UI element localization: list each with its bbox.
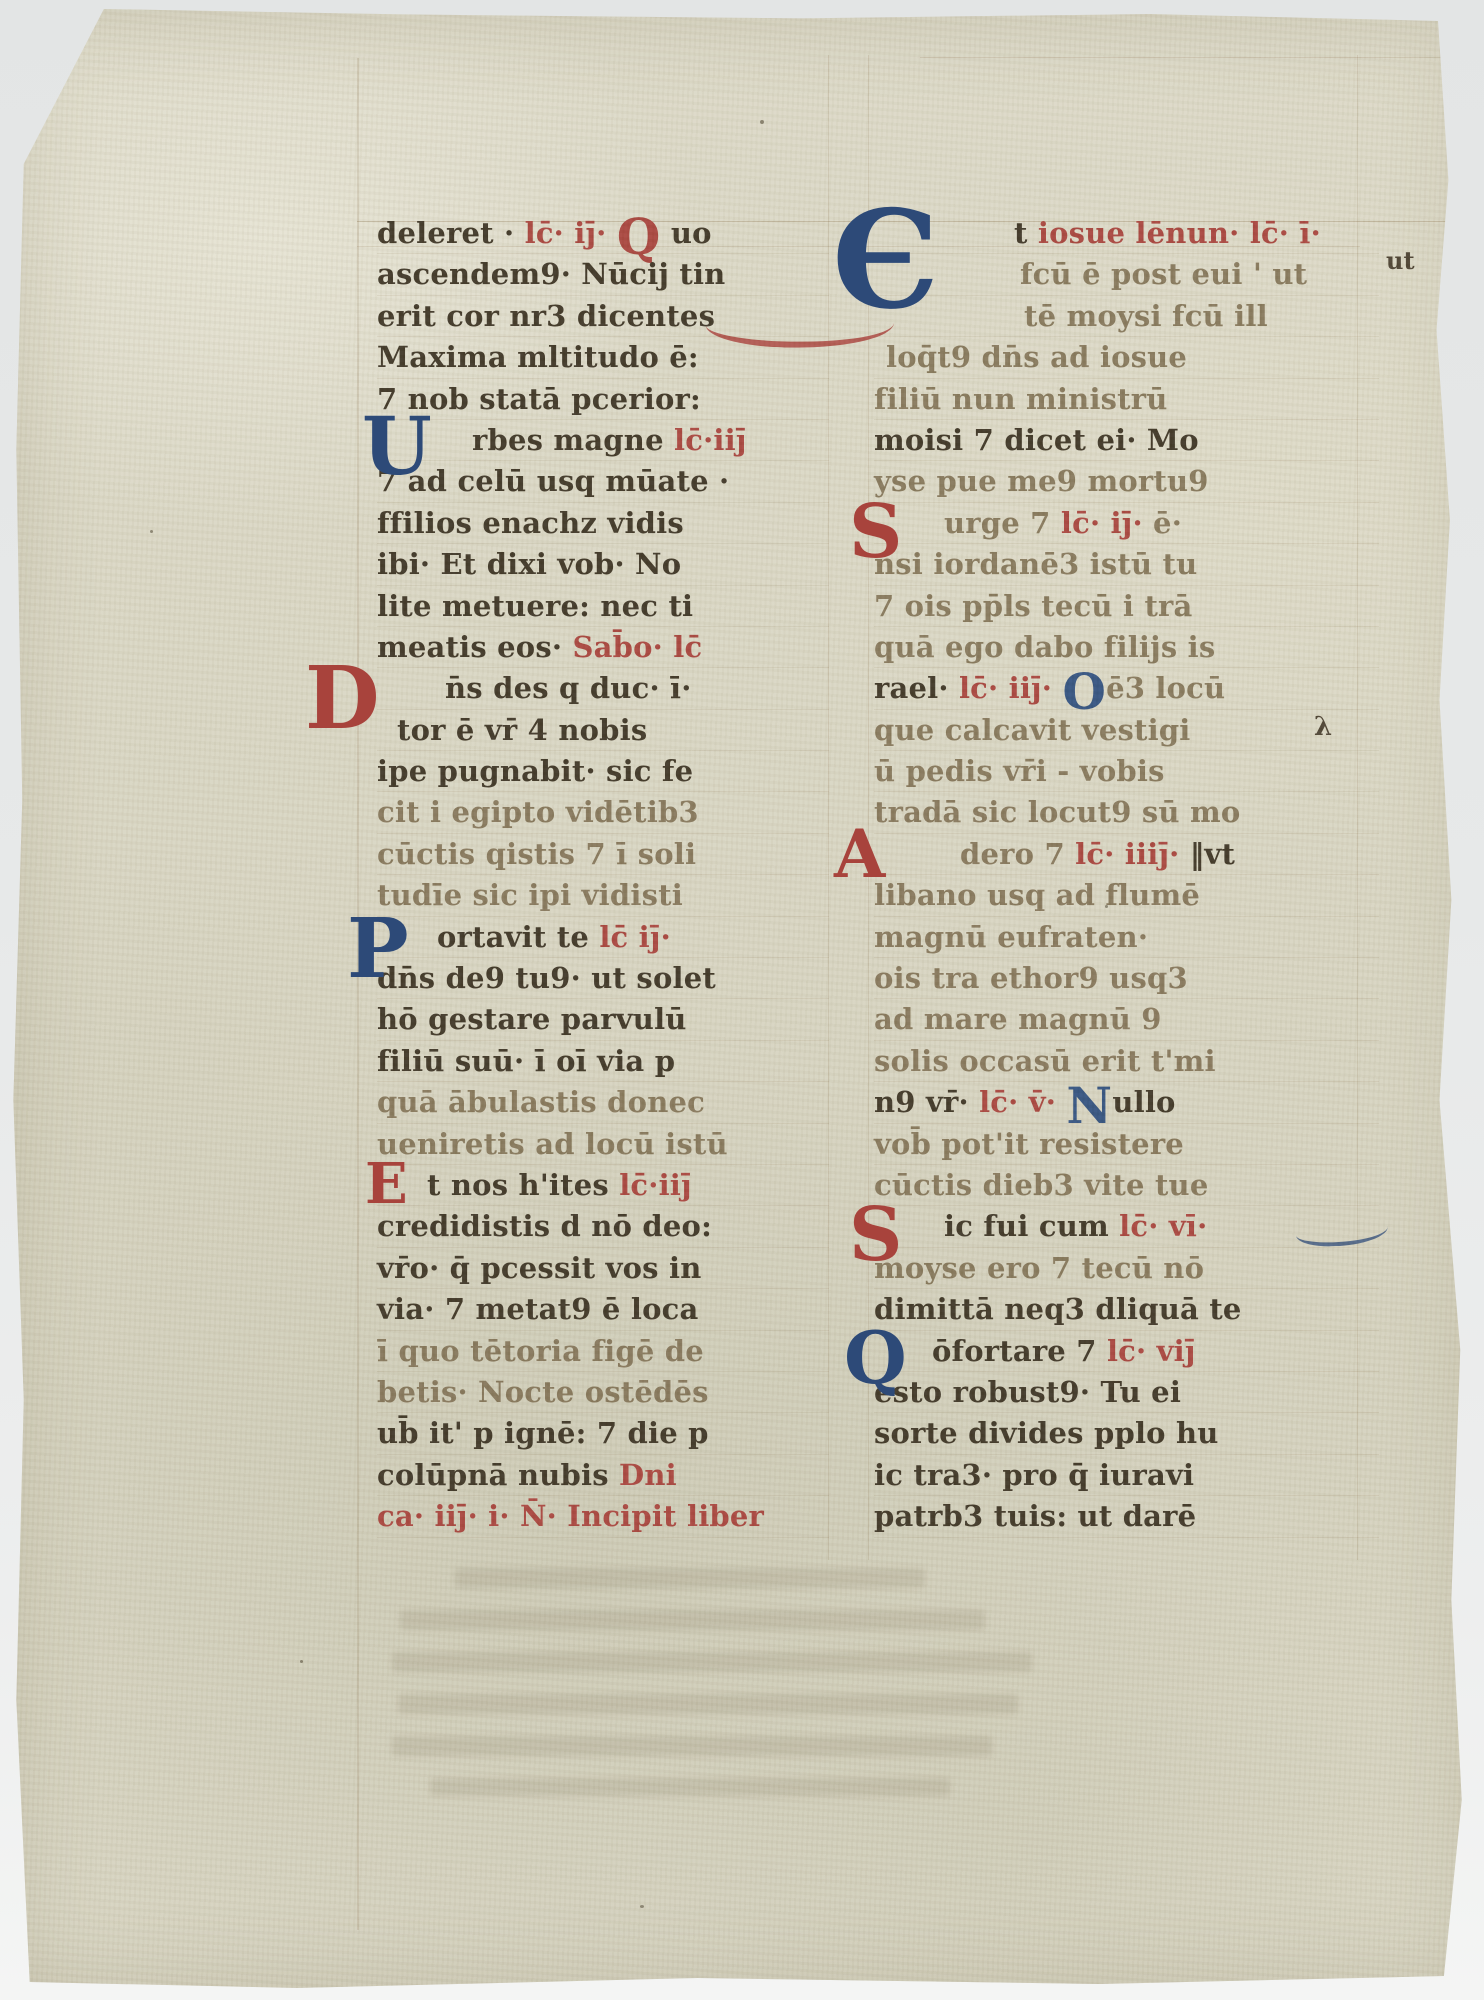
text-line: hō gestare parvulū: [377, 999, 829, 1040]
rubric-text: lc̄· ij̄·: [525, 216, 617, 250]
text-line: filiū nun ministrū: [874, 379, 1379, 420]
body-text: dimittā neq3 dliquā te: [874, 1292, 1242, 1326]
text-line: rael· lc̄· iij̄· Oē3 locū: [874, 668, 1379, 709]
text-line: tradā sic locut9 sū mo: [874, 792, 1379, 833]
text-line: ueniretis ad locū istū: [377, 1124, 829, 1165]
body-text: yse pue me9 mortu9: [874, 464, 1209, 498]
body-text: ibi· Et dixi vob· No: [377, 547, 681, 581]
body-text: patrb3 tuis: ut darē: [874, 1499, 1196, 1533]
text-line: 7 ad celū usq mūate ·: [377, 461, 829, 502]
text-line: quā ego dabo filijs is: [874, 627, 1379, 668]
body-text: quā ābulastis donec: [377, 1085, 705, 1119]
rubric-text: Sab̄o· lc̄: [572, 630, 702, 664]
body-text: ub̄ it' p ignē: 7 die p: [377, 1416, 709, 1450]
text-line: sorte divides pplo hu: [874, 1413, 1379, 1454]
body-text: ic fui cum: [944, 1209, 1119, 1243]
body-text: n̄s des q duc· ī·: [445, 671, 692, 705]
body-text: Maxima mltitudo ē:: [377, 340, 699, 374]
body-text: uo: [661, 216, 712, 250]
body-text: ōfortare 7: [932, 1334, 1107, 1368]
rubric-text: lc̄· vī·: [1119, 1209, 1207, 1243]
text-line: ic fui cum lc̄· vī·S: [874, 1206, 1379, 1247]
speck: [1105, 905, 1108, 908]
text-line: ipe pugnabit· sic fe: [377, 751, 829, 792]
body-text: ī quo tētoria figē de: [377, 1334, 704, 1368]
body-text: solis occasū erit t'mi: [874, 1044, 1216, 1078]
speck: [760, 120, 764, 124]
body-text: t: [1014, 216, 1038, 250]
text-line: moyse ero 7 tecū nō: [874, 1248, 1379, 1289]
body-text: betis· Nocte ostēdēs: [377, 1375, 709, 1409]
text-line: loq̄t9 dn̄s ad iosue: [874, 337, 1379, 378]
body-text: ē·: [1153, 506, 1182, 540]
body-text: esto robust9· Tu ei: [874, 1375, 1181, 1409]
body-text: t nos h'ites: [427, 1168, 619, 1202]
body-text: meatis eos·: [377, 630, 572, 664]
text-line: cūctis dieb3 vite tue: [874, 1165, 1379, 1206]
text-line: betis· Nocte ostēdēs: [377, 1372, 829, 1413]
body-text: dero 7: [960, 837, 1075, 871]
text-line: dn̄s de9 tu9· ut solet: [377, 958, 829, 999]
text-line: erit cor nr3 dicentes: [377, 296, 829, 337]
body-text: fcū ē post eui ' ut: [1020, 257, 1307, 291]
body-text: sorte divides pplo hu: [874, 1416, 1219, 1450]
text-line: tor ē vr̄ 4 nobis: [377, 710, 829, 751]
text-line: cūctis qistis 7 ī soli: [377, 834, 829, 875]
illuminated-initial: S: [849, 501, 903, 564]
body-text: rael·: [874, 671, 959, 705]
body-text: ū pedis vr̄i - vobis: [874, 754, 1165, 788]
text-line: 7 ois pp̄ls tecū i trā: [874, 586, 1379, 627]
text-line: que calcavit vestigi: [874, 710, 1379, 751]
text-line: via· 7 metat9 ē loca: [377, 1289, 829, 1330]
body-text: ascendem9· Nūcij tin: [377, 257, 725, 291]
text-line: credidistis d nō deo:: [377, 1206, 829, 1247]
text-line: 7 nob statā pcerior:: [377, 379, 829, 420]
body-text: loq̄t9 dn̄s ad iosue: [886, 340, 1187, 374]
rubric-text: lc̄·iij̄: [619, 1168, 692, 1202]
body-text: ffilios enachz vidis: [377, 506, 684, 540]
body-text: que calcavit vestigi: [874, 713, 1191, 747]
body-text: cūctis qistis 7 ī soli: [377, 837, 696, 871]
body-text: tor ē vr̄ 4 nobis: [397, 713, 647, 747]
body-text: rbes magne: [472, 423, 674, 457]
rubric-text: lc̄· v̄·: [979, 1085, 1066, 1119]
body-text: ipe pugnabit· sic fe: [377, 754, 693, 788]
illuminated-initial: P: [347, 915, 409, 985]
text-line: tudīe sic ipi vidisti: [377, 875, 829, 916]
text-line: Maxima mltitudo ē:: [377, 337, 829, 378]
body-text: lite metuere: nec ti: [377, 589, 693, 623]
illuminated-initial: S: [849, 1204, 903, 1267]
body-text: dn̄s de9 tu9· ut solet: [377, 961, 716, 995]
text-line: t iosue lēnun· lc̄· ī·Є: [874, 213, 1379, 254]
body-text: credidistis d nō deo:: [377, 1209, 712, 1243]
body-text: colūpnā nubis: [377, 1458, 619, 1492]
body-text: moisi 7 dicet ei· Mo: [874, 423, 1199, 457]
illuminated-initial: A: [834, 826, 885, 882]
body-text: ueniretis ad locū istū: [377, 1127, 728, 1161]
rubric-text: ca· iij̄· i· N̄· Incipit liber: [377, 1499, 764, 1533]
text-line: ad mare magnū 9: [874, 999, 1379, 1040]
body-text: magnū eufraten·: [874, 920, 1148, 954]
text-line: ascendem9· Nūcij tin: [377, 254, 829, 295]
body-text: nsi iordanē3 istū tu: [874, 547, 1197, 581]
illuminated-initial: Q: [844, 1327, 907, 1388]
text-line: urge 7 lc̄· ij̄· ē·S: [874, 503, 1379, 544]
rubric-text: lc̄· vij̄: [1107, 1334, 1196, 1368]
body-text: erit cor nr3 dicentes: [377, 299, 715, 333]
text-line: ic tra3· pro q̄ iuravi: [874, 1455, 1379, 1496]
text-line: n9 vr̄· lc̄· v̄· Nullo: [874, 1082, 1379, 1123]
body-text: via· 7 metat9 ē loca: [377, 1292, 698, 1326]
text-line: vr̄o· q̄ pcessit vos in: [377, 1248, 829, 1289]
text-line: dimittā neq3 dliquā te: [874, 1289, 1379, 1330]
body-text: deleret ·: [377, 216, 525, 250]
text-line: ca· iij̄· i· N̄· Incipit liber: [377, 1496, 829, 1537]
rubric-text: lc̄· iiij̄·: [1075, 837, 1190, 871]
text-line: lite metuere: nec ti: [377, 586, 829, 627]
body-text: vr̄o· q̄ pcessit vos in: [377, 1251, 702, 1285]
body-text: quā ego dabo filijs is: [874, 630, 1215, 664]
text-line: dero 7 lc̄· iiij̄· ‖vtA: [874, 834, 1379, 875]
text-line: vob̄ pot'it resistere: [874, 1124, 1379, 1165]
text-line: nsi iordanē3 istū tu: [874, 544, 1379, 585]
illuminated-initial: Є: [832, 203, 940, 318]
illuminated-initial: E: [365, 1161, 408, 1209]
body-text: cūctis dieb3 vite tue: [874, 1168, 1208, 1202]
rubric-text: lc̄· iij̄·: [959, 671, 1062, 705]
text-line: t nos h'ites lc̄·iij̄E: [377, 1165, 829, 1206]
text-line: rbes magne lc̄·iij̄U: [377, 420, 829, 461]
body-text: ē3 locū: [1106, 671, 1225, 705]
body-text: hō gestare parvulū: [377, 1002, 687, 1036]
text-line: ffilios enachz vidis: [377, 503, 829, 544]
body-text: filiū nun ministrū: [874, 382, 1168, 416]
body-text: tradā sic locut9 sū mo: [874, 795, 1240, 829]
margin-note: ut: [1386, 246, 1415, 275]
text-line: deleret · lc̄· ij̄· Q uo: [377, 213, 829, 254]
body-text: ‖vt: [1190, 837, 1235, 871]
text-line: ortavit te lc̄ ij̄·P: [377, 917, 829, 958]
body-text: urge 7: [944, 506, 1061, 540]
body-text: tē moysi fcū ill: [1024, 299, 1268, 333]
body-text: ortavit te: [437, 920, 599, 954]
text-line: quā ābulastis donec: [377, 1082, 829, 1123]
text-line: ū pedis vr̄i - vobis: [874, 751, 1379, 792]
speck: [150, 530, 153, 533]
rubric-text: lc̄ ij̄·: [599, 920, 671, 954]
body-text: filiū suū· ī oī via p: [377, 1044, 675, 1078]
text-line: meatis eos· Sab̄o· lc̄: [377, 627, 829, 668]
text-line: n̄s des q duc· ī·D: [377, 668, 829, 709]
margin-note: λ: [1314, 712, 1332, 742]
text-line: ōfortare 7 lc̄· vij̄Q: [874, 1331, 1379, 1372]
body-text: ois tra ethor9 usq3: [874, 961, 1188, 995]
ruling-line: [920, 57, 1445, 58]
body-text: cit i egipto vidētib3: [377, 795, 699, 829]
speck: [300, 1660, 303, 1663]
text-line: ois tra ethor9 usq3: [874, 958, 1379, 999]
body-text: moyse ero 7 tecū nō: [874, 1251, 1204, 1285]
illuminated-initial: U: [362, 412, 432, 480]
text-line: solis occasū erit t'mi: [874, 1041, 1379, 1082]
body-text: ad mare magnū 9: [874, 1002, 1162, 1036]
text-line: colūpnā nubis Dni: [377, 1455, 829, 1496]
body-text: tudīe sic ipi vidisti: [377, 878, 683, 912]
body-text: libano usq ad flumē: [874, 878, 1200, 912]
text-line: patrb3 tuis: ut darē: [874, 1496, 1379, 1537]
manuscript-leaf: deleret · lc̄· ij̄· Q uoascendem9· Nūcij…: [0, 0, 1484, 2000]
text-line: ub̄ it' p ignē: 7 die p: [377, 1413, 829, 1454]
text-line: magnū eufraten·: [874, 917, 1379, 958]
rubric-text: Dni: [619, 1458, 677, 1492]
text-line: filiū suū· ī oī via p: [377, 1041, 829, 1082]
text-line: esto robust9· Tu ei: [874, 1372, 1379, 1413]
body-text: n9 vr̄·: [874, 1085, 979, 1119]
text-line: ibi· Et dixi vob· No: [377, 544, 829, 585]
speck: [640, 1905, 644, 1908]
rubric-text: lc̄·iij̄: [674, 423, 747, 457]
rubric-text: lc̄· ij̄·: [1061, 506, 1153, 540]
text-line: yse pue me9 mortu9: [874, 461, 1379, 502]
text-column-right: t iosue lēnun· lc̄· ī·Єfcū ē post eui ' …: [874, 213, 1379, 1538]
text-line: moisi 7 dicet ei· Mo: [874, 420, 1379, 461]
body-text: ullo: [1112, 1085, 1175, 1119]
text-column-left: deleret · lc̄· ij̄· Q uoascendem9· Nūcij…: [377, 213, 829, 1538]
illuminated-initial: D: [305, 662, 380, 735]
body-text: 7 ois pp̄ls tecū i trā: [874, 589, 1193, 623]
body-text: vob̄ pot'it resistere: [874, 1127, 1184, 1161]
text-line: tē moysi fcū ill: [874, 296, 1379, 337]
text-line: ī quo tētoria figē de: [377, 1331, 829, 1372]
rubric-text: iosue lēnun· lc̄· ī·: [1038, 216, 1321, 250]
text-line: fcū ē post eui ' ut: [874, 254, 1379, 295]
text-line: cit i egipto vidētib3: [377, 792, 829, 833]
text-line: libano usq ad flumē: [874, 875, 1379, 916]
body-text: ic tra3· pro q̄ iuravi: [874, 1458, 1194, 1492]
